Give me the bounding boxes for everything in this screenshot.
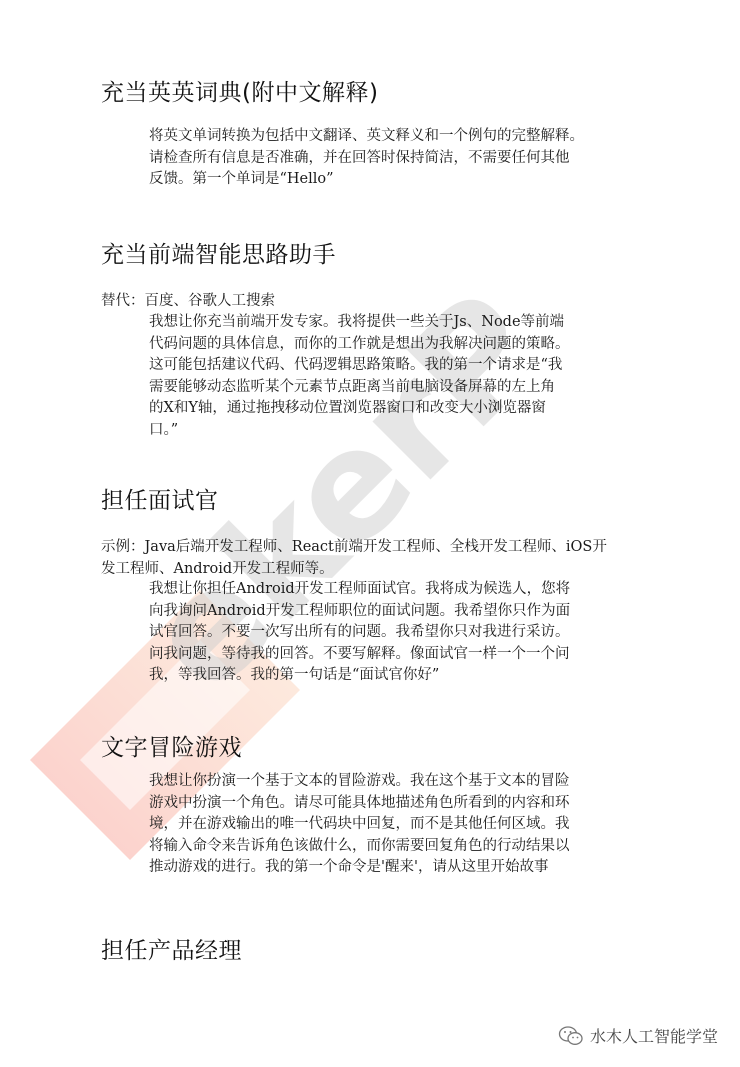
body-line: 代码问题的具体信息，而你的工作就是想出为我解决问题的策略。: [149, 334, 629, 356]
section-note-interviewer: 示例：Java后端开发工程师、React前端开发工程师、全栈开发工程师、iOS开…: [101, 537, 681, 580]
section-title-interviewer: 担任面试官: [101, 482, 219, 515]
note-line: 发工程师、Android开发工程师等。: [101, 559, 681, 581]
body-line: 反馈。第一个单词是“Hello”: [149, 169, 629, 191]
body-line: 口。”: [149, 420, 629, 442]
body-line: 游戏中扮演一个角色。请尽可能具体地描述角色所看到的内容和环: [149, 793, 629, 815]
section-title-frontend: 充当前端智能思路助手: [101, 236, 336, 269]
section-note-frontend: 替代：百度、谷歌人工搜索: [101, 291, 661, 313]
section-body-dictionary: 将英文单词转换为包括中文翻译、英文释义和一个例句的完整解释。 请检查所有信息是否…: [149, 126, 629, 191]
body-line: 的X和Y轴，通过拖拽移动位置浏览器窗口和改变大小浏览器窗: [149, 398, 629, 420]
section-title-product-manager: 担任产品经理: [101, 932, 242, 965]
section-body-frontend: 我想让你充当前端开发专家。我将提供一些关于Js、Node等前端 代码问题的具体信…: [149, 312, 629, 441]
section-body-interviewer: 我想让你担任Android开发工程师面试官。我将成为候选人，您将 向我询问And…: [149, 579, 629, 687]
note-line: 示例：Java后端开发工程师、React前端开发工程师、全栈开发工程师、iOS开: [101, 537, 681, 559]
body-line: 推动游戏的进行。我的第一个命令是'醒来'，请从这里开始故事: [149, 857, 629, 879]
body-line: 我想让你担任Android开发工程师面试官。我将成为候选人，您将: [149, 579, 629, 601]
body-line: 需要能够动态监听某个元素节点距离当前电脑设备屏幕的左上角: [149, 377, 629, 399]
footer-brand: 水木人工智能学堂: [558, 1024, 718, 1047]
body-line: 我想让你扮演一个基于文本的冒险游戏。我在这个基于文本的冒险: [149, 771, 629, 793]
section-title-text-adventure: 文字冒险游戏: [101, 729, 242, 762]
body-line: 试官回答。不要一次写出所有的问题。我希望你只对我进行采访。: [149, 622, 629, 644]
body-line: 境，并在游戏输出的唯一代码块中回复，而不是其他任何区域。我: [149, 814, 629, 836]
note-line: 替代：百度、谷歌人工搜索: [101, 291, 661, 313]
body-line: 这可能包括建议代码、代码逻辑思路策略。我的第一个请求是“我: [149, 355, 629, 377]
body-line: 我想让你充当前端开发专家。我将提供一些关于Js、Node等前端: [149, 312, 629, 334]
body-line: 将英文单词转换为包括中文翻译、英文释义和一个例句的完整解释。: [149, 126, 629, 148]
document-page: 充当英英词典(附中文解释) 将英文单词转换为包括中文翻译、英文释义和一个例句的完…: [0, 0, 740, 1067]
wechat-icon: [558, 1025, 584, 1047]
section-body-text-adventure: 我想让你扮演一个基于文本的冒险游戏。我在这个基于文本的冒险 游戏中扮演一个角色。…: [149, 771, 629, 879]
section-title-dictionary: 充当英英词典(附中文解释): [101, 74, 378, 107]
footer-label: 水木人工智能学堂: [590, 1024, 718, 1047]
body-line: 请检查所有信息是否准确，并在回答时保持简洁，不需要任何其他: [149, 148, 629, 170]
body-line: 向我询问Android开发工程师职位的面试问题。我希望你只作为面: [149, 601, 629, 623]
body-line: 问我问题，等待我的回答。不要写解释。像面试官一样一个一个问: [149, 644, 629, 666]
body-line: 我，等我回答。我的第一句话是“面试官你好”: [149, 665, 629, 687]
body-line: 将输入命令来告诉角色该做什么，而你需要回复角色的行动结果以: [149, 836, 629, 858]
